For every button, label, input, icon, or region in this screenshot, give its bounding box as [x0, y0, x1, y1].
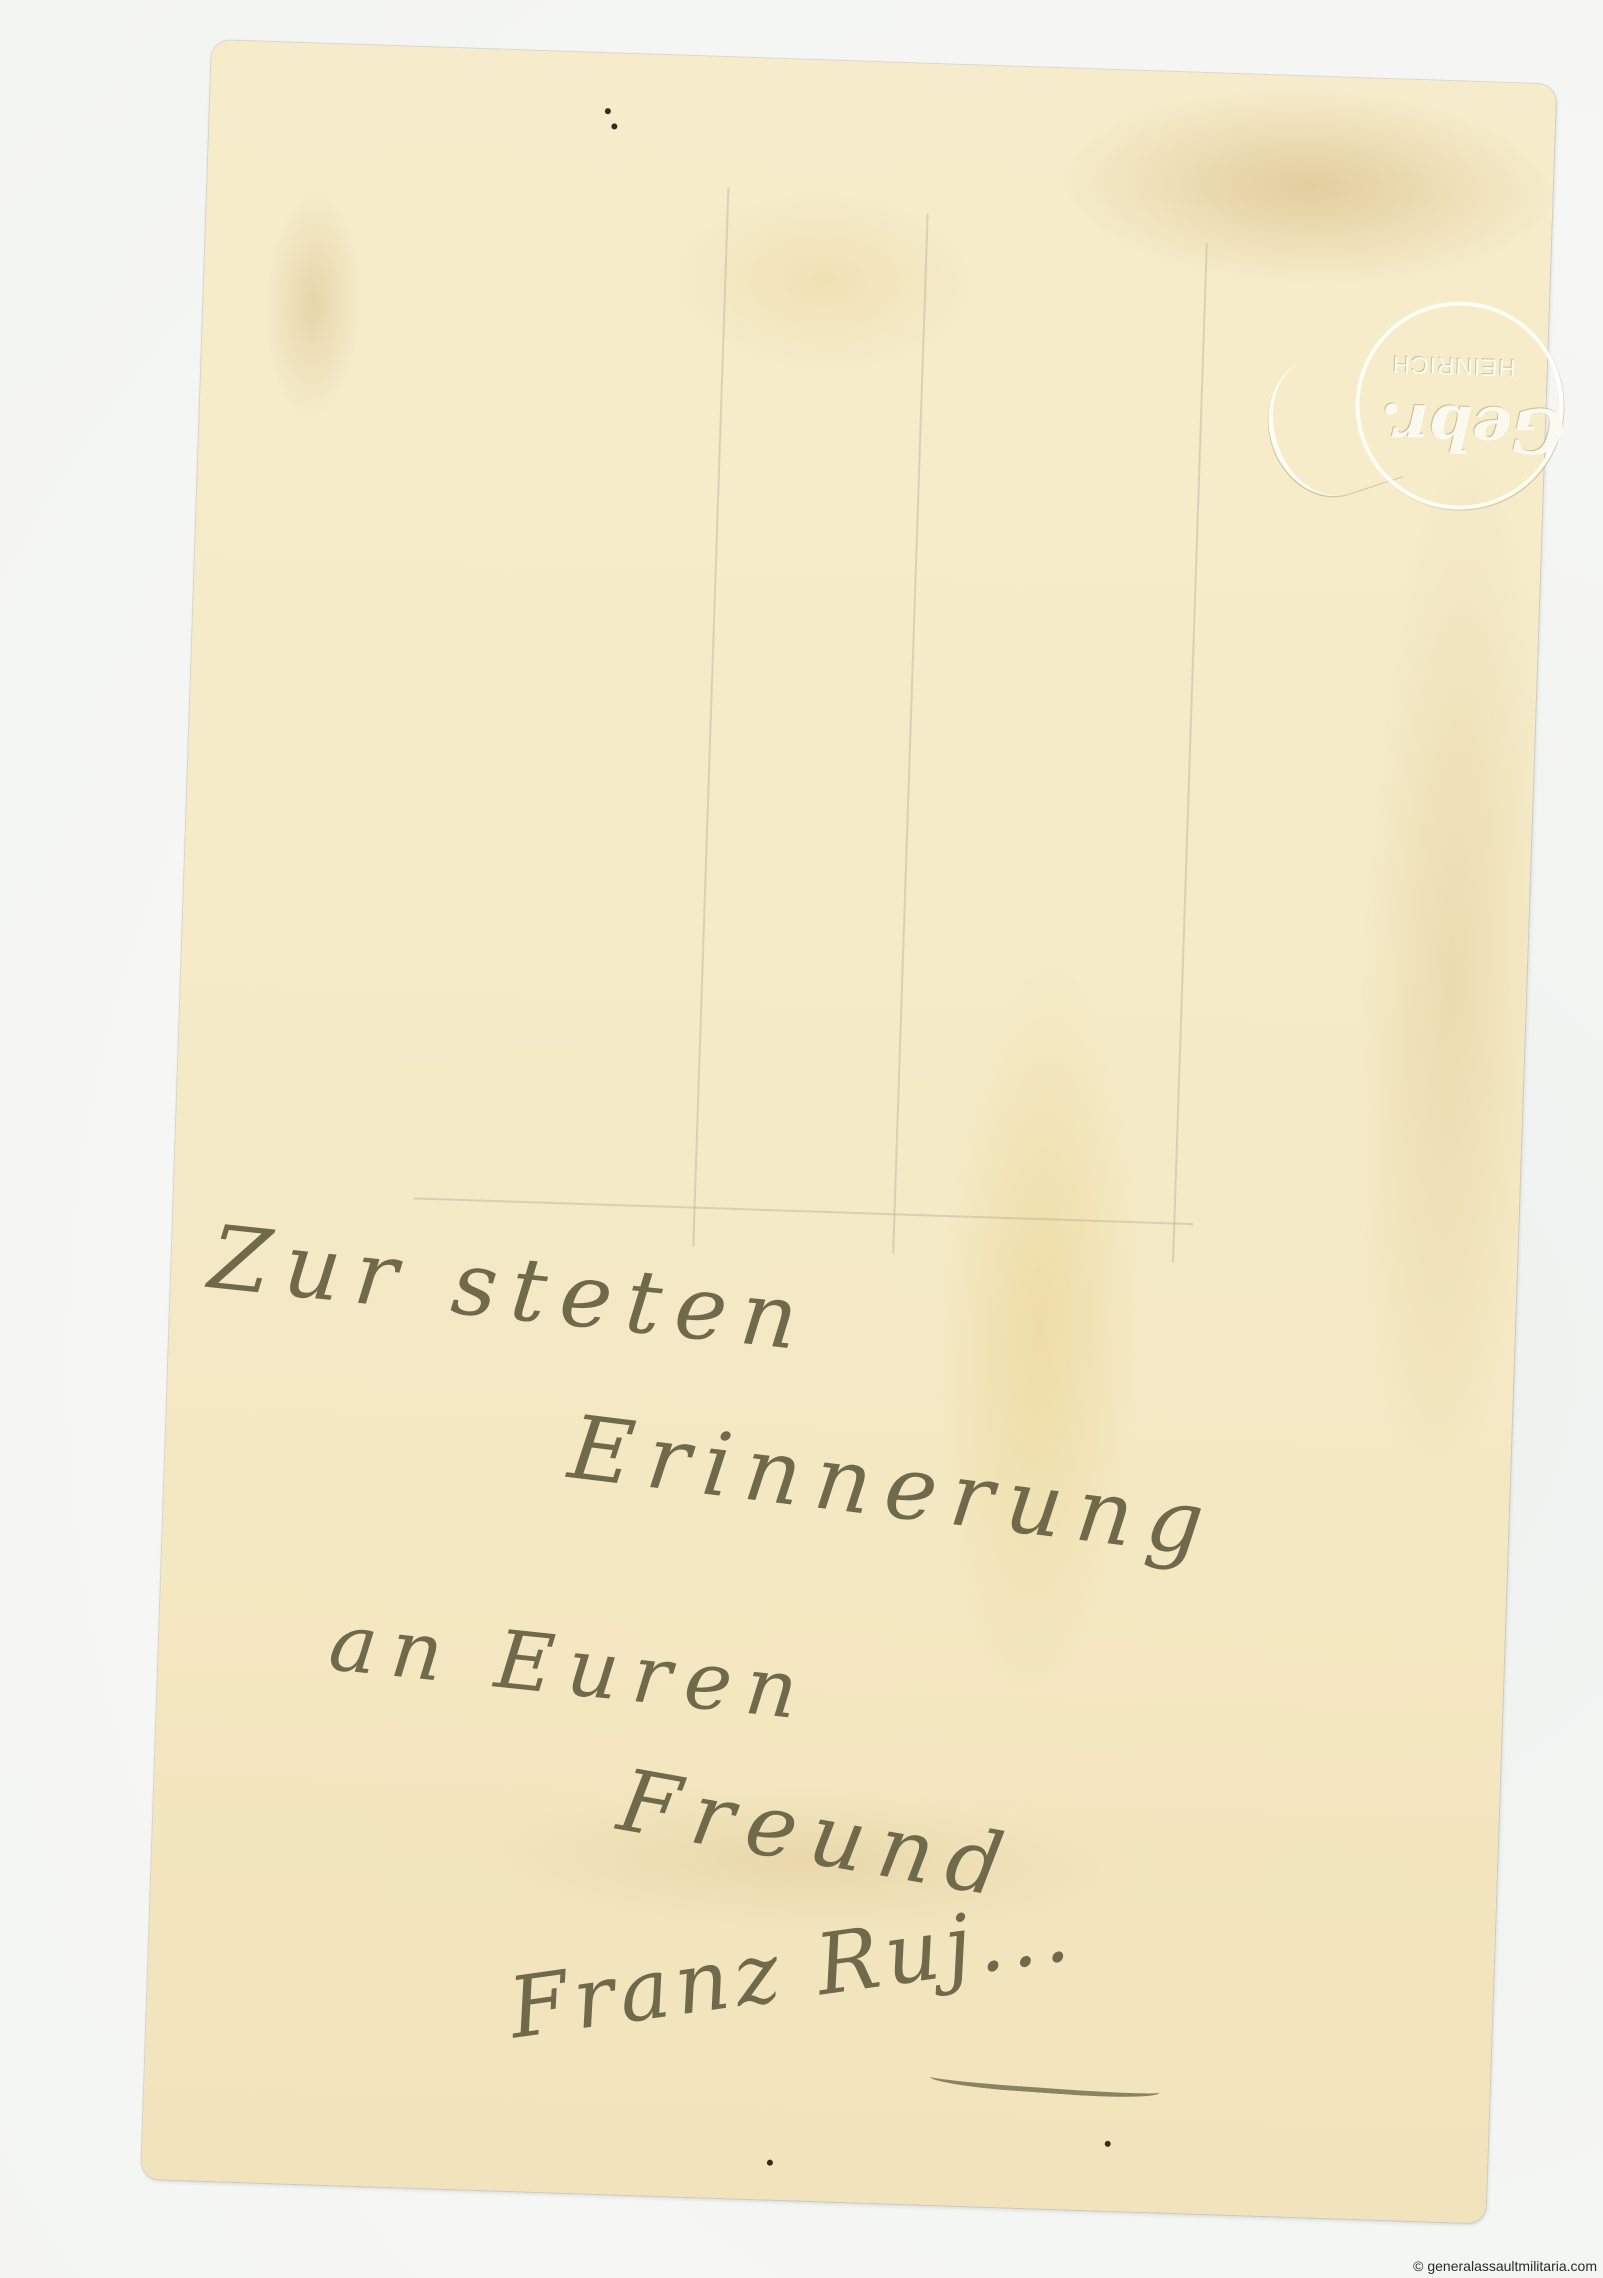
emboss-top-text: HEINRICH [1391, 349, 1516, 381]
ink-speck [611, 123, 617, 129]
divider-line [414, 1197, 1194, 1225]
ink-speck [605, 108, 611, 114]
ink-speck [767, 2160, 773, 2166]
postcard: HEINRICH Gebr. [141, 40, 1556, 2223]
embossed-stamp: HEINRICH Gebr. [1257, 285, 1564, 515]
watermark: © generalassaultmilitaria.com [1413, 2258, 1597, 2274]
divider-line [1172, 243, 1208, 1263]
divider-line [692, 187, 729, 1246]
divider-line [892, 214, 928, 1253]
emboss-main-text: Gebr. [1379, 389, 1566, 468]
ink-speck [1105, 2141, 1111, 2147]
